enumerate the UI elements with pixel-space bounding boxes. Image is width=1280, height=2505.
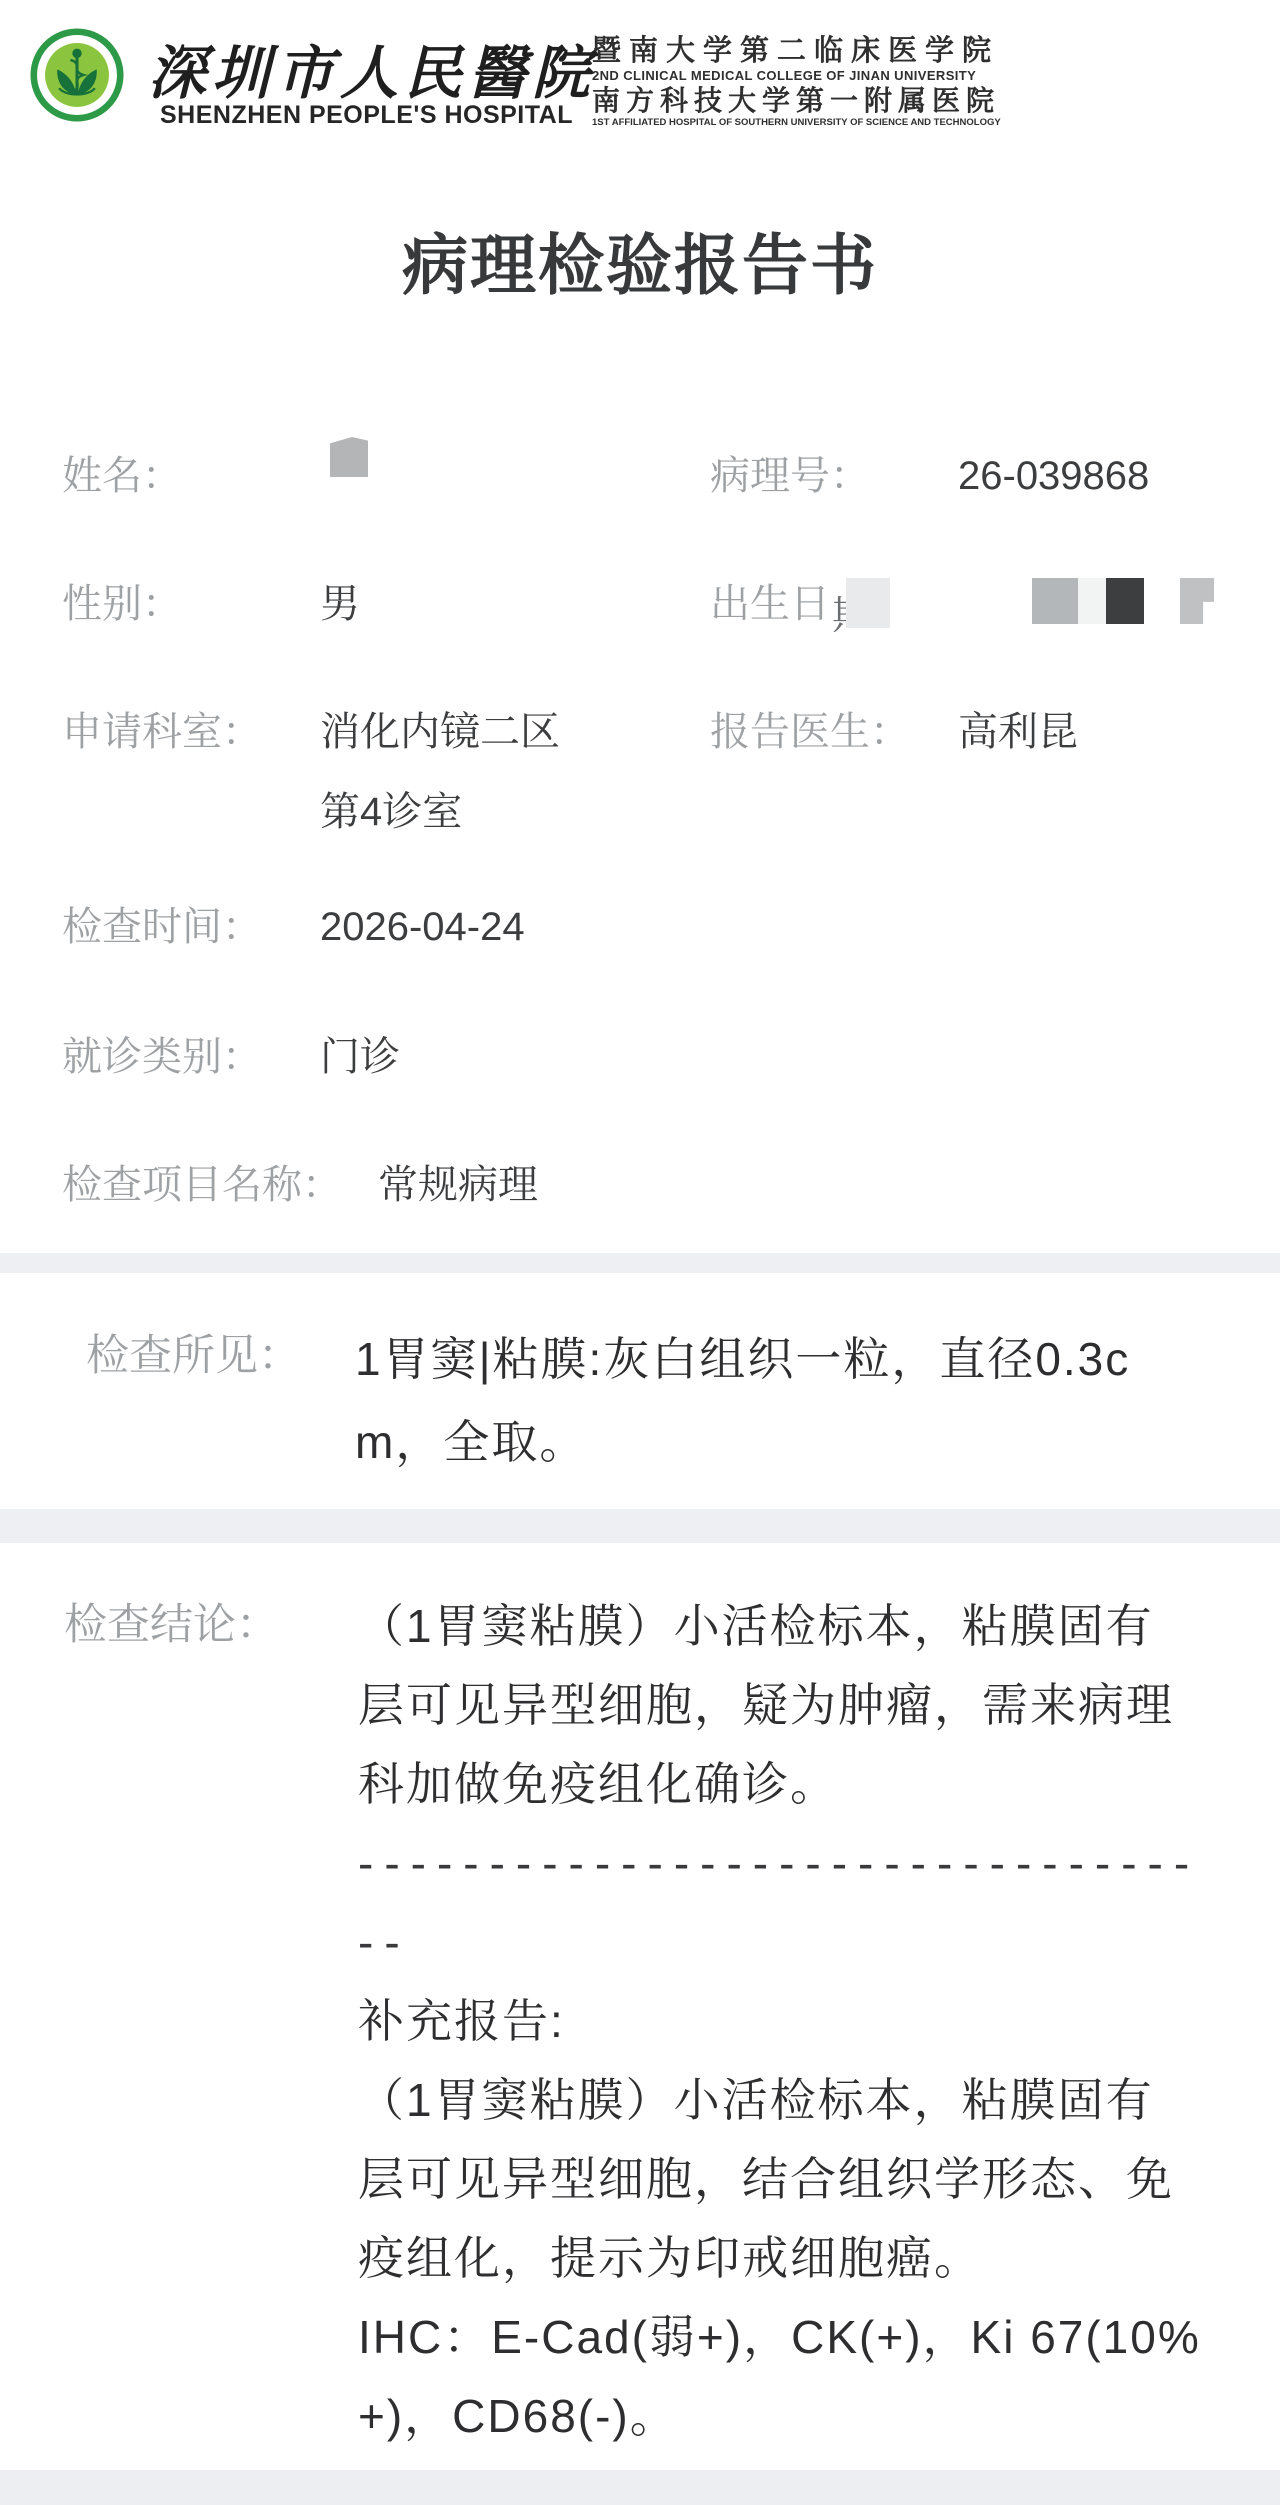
birth-date-redaction-block [1180,578,1214,624]
section-separator [0,1509,1280,1543]
exam-time-label: 检查时间： [62,903,262,951]
conclusion-line: 补充报告: [358,1982,1218,2061]
conclusion-text: （1胃窦粘膜）小活检标本，粘膜固有 层可见异型细胞，疑为肿瘤，需来病理 科加做免… [358,1587,1218,2456]
hospital-logo-icon [30,28,124,122]
affiliation1-zh: 暨南大学第二临床医学院 [592,34,1022,68]
exam-item-label: 检查项目名称： [62,1161,342,1209]
gender-label: 性别： [62,580,182,628]
report-doctor-value: 高利昆 [958,708,1078,756]
findings-label: 检查所见： [86,1322,301,1383]
hospital-name-en: SHENZHEN PEOPLE'S HOSPITAL [160,101,573,130]
section-separator [0,1253,1280,1273]
birth-date-redaction-block [1032,578,1078,624]
birth-date-redaction-block [846,578,890,628]
conclusion-label: 检查结论： [64,1591,279,1652]
report-title: 病理检验报告书 [0,212,1280,307]
report-doctor-label: 报告医生： [710,708,910,756]
name-redaction-block [330,437,368,477]
conclusion-line: （1胃窦粘膜）小活检标本，粘膜固有 [358,1587,1218,1666]
conclusion-divider-dashes: -- [358,1903,1218,1982]
department-label: 申请科室： [62,708,262,756]
affiliation1-en: 2ND CLINICAL MEDICAL COLLEGE OF JINAN UN… [592,68,1022,84]
conclusion-line: 疫组化，提示为印戒细胞癌。 [358,2219,1218,2298]
exam-time-value: 2026-04-24 [320,903,525,951]
findings-line: m，全取。 [355,1401,1215,1484]
hospital-affiliations: 暨南大学第二临床医学院 2ND CLINICAL MEDICAL COLLEGE… [592,34,1022,129]
findings-line: 1胃窦|粘膜:灰白组织一粒，直径0.3c [355,1318,1215,1401]
affiliation2-en: 1ST AFFILIATED HOSPITAL OF SOUTHERN UNIV… [592,117,1022,129]
bottom-separator [0,2470,1280,2505]
birth-date-redaction-block [1106,578,1144,624]
conclusion-line: （1胃窦粘膜）小活检标本，粘膜固有 [358,2061,1218,2140]
department-value-line2: 第4诊室 [320,788,462,836]
findings-text: 1胃窦|粘膜:灰白组织一粒，直径0.3c m，全取。 [355,1318,1215,1484]
visit-type-value: 门诊 [320,1033,400,1081]
birth-date-label: 出生日 [710,580,830,628]
gender-value: 男 [320,580,360,628]
name-label: 姓名： [62,452,182,500]
conclusion-line: +)，CD68(-)。 [358,2377,1218,2456]
conclusion-line: 层可见异型细胞，疑为肿瘤，需来病理 [358,1666,1218,1745]
pathology-report-page: 深圳市人民醫院 SHENZHEN PEOPLE'S HOSPITAL 暨南大学第… [0,0,1280,2505]
conclusion-divider-dashes: -------------------------------- [358,1824,1218,1903]
birth-date-redaction-block [1078,578,1106,624]
department-value-line1: 消化内镜二区 [320,708,560,756]
pathology-no-label: 病理号： [710,452,870,500]
hospital-name-zh: 深圳市人民醫院 [148,26,638,110]
conclusion-line: IHC：E-Cad(弱+)，CK(+)，Ki 67(10% [358,2298,1218,2377]
exam-item-value: 常规病理 [378,1161,538,1209]
affiliation2-zh: 南方科技大学第一附属医院 [592,84,1022,117]
birth-date-partial-char: 期 [832,584,846,632]
conclusion-line: 层可见异型细胞，结合组织学形态、免 [358,2140,1218,2219]
pathology-no-value: 26-039868 [958,452,1149,500]
visit-type-label: 就诊类别： [62,1033,262,1081]
conclusion-line: 科加做免疫组化确诊。 [358,1745,1218,1824]
